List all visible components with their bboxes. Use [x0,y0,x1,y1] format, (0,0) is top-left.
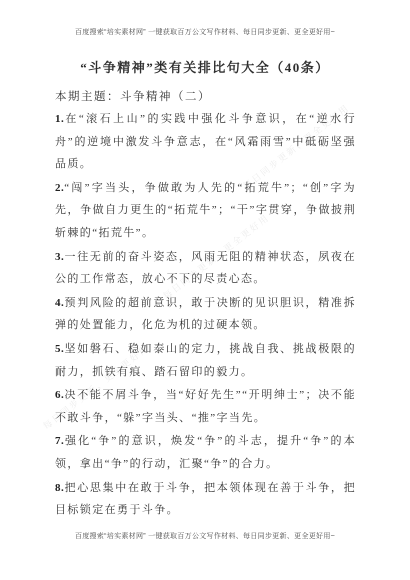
topic-line: 本期主题：斗争精神（二） [55,88,355,104]
item-number: 1. [55,113,64,125]
item-text: 强化“争”的意识，焕发“争”的斗志，提升“争”的本领，拿出“争”的行动，汇聚“争… [55,435,356,470]
item-number: 8. [55,482,64,494]
page-title: “斗争精神”类有关排比句大全（40条） [0,57,410,76]
item-text: 一往无前的奋斗姿态，风雨无阻的精神状态，夙夜在公的工作常态，放心不下的尽责心态。 [55,251,356,286]
list-item: 2.“闯”字当头，争做敢为人先的“拓荒牛”；“创”字为先，争做自力更生的“拓荒牛… [55,177,356,245]
item-text: 坚如磐石、稳如泰山的定力，挑战自我、挑战极限的耐力，抓铁有痕、踏石留印的毅力。 [55,343,356,378]
item-number: 6. [55,389,64,401]
list-item: 1.在“滚石上山”的实践中强化斗争意识，在“逆水行舟”的逆境中激发斗争意志，在“… [55,108,356,176]
item-number: 7. [55,435,64,447]
list-item: 6.决不能不屑斗争，当“好好先生”“开明绅士”；决不能不敢斗争，“躲”字当头、“… [55,384,356,429]
header-promo-note: 百度搜索“培实素材网” 一键获取百万公文写作材料、每日同步更新、更全更好用~ [0,27,410,37]
document-page: 百度搜索“培实素材网” 一键获取百万公文写作材料、每日同步更新、更全更好用~ “… [0,0,410,580]
item-text: 把心思集中在敢于斗争，把本领体现在善于斗争，把目标锁定在勇于斗争。 [55,482,356,517]
item-number: 2. [55,182,64,194]
item-text: 预判风险的超前意识，敢于决断的见识胆识，精准拆弹的处置能力，化危为机的过硬本领。 [55,297,356,332]
item-number: 4. [55,297,64,309]
item-text: 在“滚石上山”的实践中强化斗争意识，在“逆水行舟”的逆境中激发斗争意志，在“风霜… [55,113,356,170]
item-number: 5. [55,343,64,355]
list-item: 3.一往无前的奋斗姿态，风雨无阻的精神状态，夙夜在公的工作常态，放心不下的尽责心… [55,246,356,291]
item-text: 决不能不屑斗争，当“好好先生”“开明绅士”；决不能不敢斗争，“躲”字当头、“推”… [55,389,356,424]
list-item: 4.预判风险的超前意识，敢于决断的见识胆识，精准拆弹的处置能力，化危为机的过硬本… [55,292,356,337]
list-item: 7.强化“争”的意识，焕发“争”的斗志，提升“争”的本领，拿出“争”的行动，汇聚… [55,430,356,475]
list-item: 5.坚如磐石、稳如泰山的定力，挑战自我、挑战极限的耐力，抓铁有痕、踏石留印的毅力… [55,338,356,383]
item-text: “闯”字当头，争做敢为人先的“拓荒牛”；“创”字为先，争做自力更生的“拓荒牛”；… [55,182,356,239]
item-list: 1.在“滚石上山”的实践中强化斗争意识，在“逆水行舟”的逆境中激发斗争意志，在“… [55,108,356,523]
footer-promo-note: 百度搜索“培实素材网” 一键获取百万公文写作材料、每日同步更新、更全更好用~ [0,531,410,541]
list-item: 8.把心思集中在敢于斗争，把本领体现在善于斗争，把目标锁定在勇于斗争。 [55,477,356,522]
item-number: 3. [55,251,64,263]
